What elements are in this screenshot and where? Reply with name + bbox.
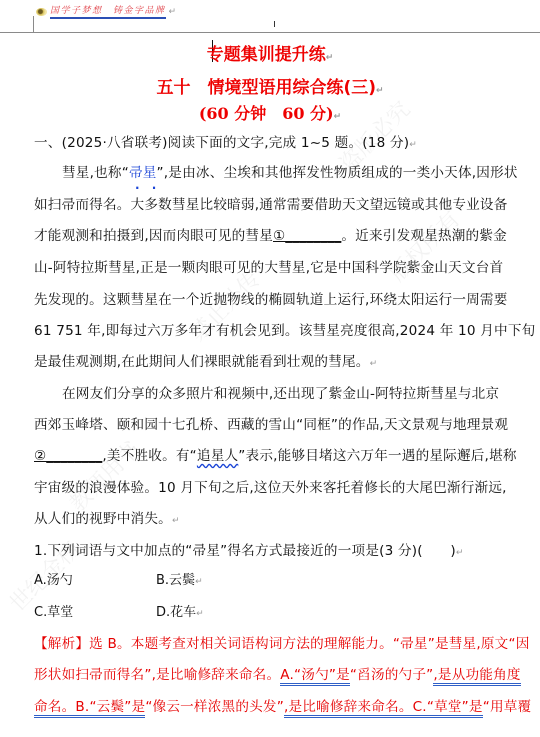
wavy-term: 追星人: [197, 448, 238, 464]
brand-logo-icon: [36, 8, 47, 16]
option-c: C.草堂: [34, 603, 73, 623]
passage-line: 如扫帚而得名。大多数彗星比较暗弱,通常需要借助天文望远镜或其他专业设备: [34, 195, 508, 215]
analysis-line: 命名。B.“云鬓”是“像云一样浓黑的头发”,是比喻修辞来命名。C.“草堂”是“用…: [34, 697, 531, 717]
header-divider: [0, 32, 540, 33]
passage-line: 西郊玉峰塔、颐和园十七孔桥、西藏的雪山“同框”的作品,天文景观与地理景观: [34, 415, 508, 435]
section-heading: 一、(2025·八省联考)阅读下面的文字,完成 1~5 题。(18 分)↵: [34, 133, 417, 155]
dotted-term: 帚星: [129, 165, 157, 181]
option-b: B.云鬓↵: [156, 571, 203, 592]
blank-1: ①________: [273, 228, 341, 244]
paragraph-mark-icon: ↵: [169, 7, 177, 17]
passage-line: 彗星,也称“帚星”,是由冰、尘埃和其他挥发性物质组成的一类小天体,因形状: [62, 163, 518, 183]
unit-title: 五十 情境型语用综合练(三)↵: [0, 73, 540, 98]
document-page: 国学子梦想 铸金字品牌 ↵ 盗版必究 版权所有 禁止外传 教师用书 世纪金榜 专…: [0, 0, 540, 737]
question-stem: 1.下列词语与文中加点的“帚星”得名方式最接近的一项是(3 分)( )↵: [34, 541, 464, 563]
page-header: 国学子梦想 铸金字品牌 ↵: [36, 4, 176, 20]
analysis-line: 形状如扫帚而得名”,是比喻修辞来命名。A.“汤勺”是“舀汤的勺子”,是从功能角度: [34, 665, 521, 685]
time-score-title: (60 分钟 60 分)↵: [0, 101, 540, 124]
passage-line: 山-阿特拉斯彗星,正是一颗肉眼可见的大彗星,它是中国科学院紫金山天文台首: [34, 258, 503, 278]
passage-line: 先发现的。这颗彗星在一个近抛物线的椭圆轨道上运行,环绕太阳运行一周需要: [34, 290, 508, 310]
blank-2: ②________: [34, 448, 102, 464]
passage-line: 宇宙级的浪漫体验。10 月下旬之后,这位天外来客托着修长的大尾巴渐行渐远,: [34, 478, 507, 498]
option-d: D.花车↵: [156, 603, 204, 624]
passage-line: 61 751 年,即每过六万多年才有机会见到。该彗星亮度很高,2024 年 10…: [34, 321, 535, 341]
header-corner-mark: [33, 16, 34, 32]
series-title: 专题集训提升练↵: [0, 40, 540, 65]
center-tick-mark: [274, 21, 275, 27]
header-brand-text: 国学子梦想 铸金字品牌: [50, 6, 166, 19]
analysis-line: 【解析】选 B。本题考查对相关词语构词方法的理解能力。“帚星”是彗星,原文“因: [34, 634, 530, 654]
passage-line: 从人们的视野中消失。↵: [34, 509, 180, 531]
passage-line: 才能观测和拍摄到,因而肉眼可见的彗星①________。近来引发观星热潮的紫金: [34, 226, 507, 246]
passage-line: 是最佳观测期,在此期间人们裸眼就能看到壮观的彗尾。↵: [34, 352, 377, 374]
option-a: A.汤勺: [34, 571, 73, 591]
passage-line: 在网友们分享的众多照片和视频中,还出现了紫金山-阿特拉斯彗星与北京: [62, 384, 499, 404]
passage-line: ②________,美不胜收。有“追星人”表示,能够目堵这六万年一遇的星际邂后,…: [34, 446, 517, 466]
